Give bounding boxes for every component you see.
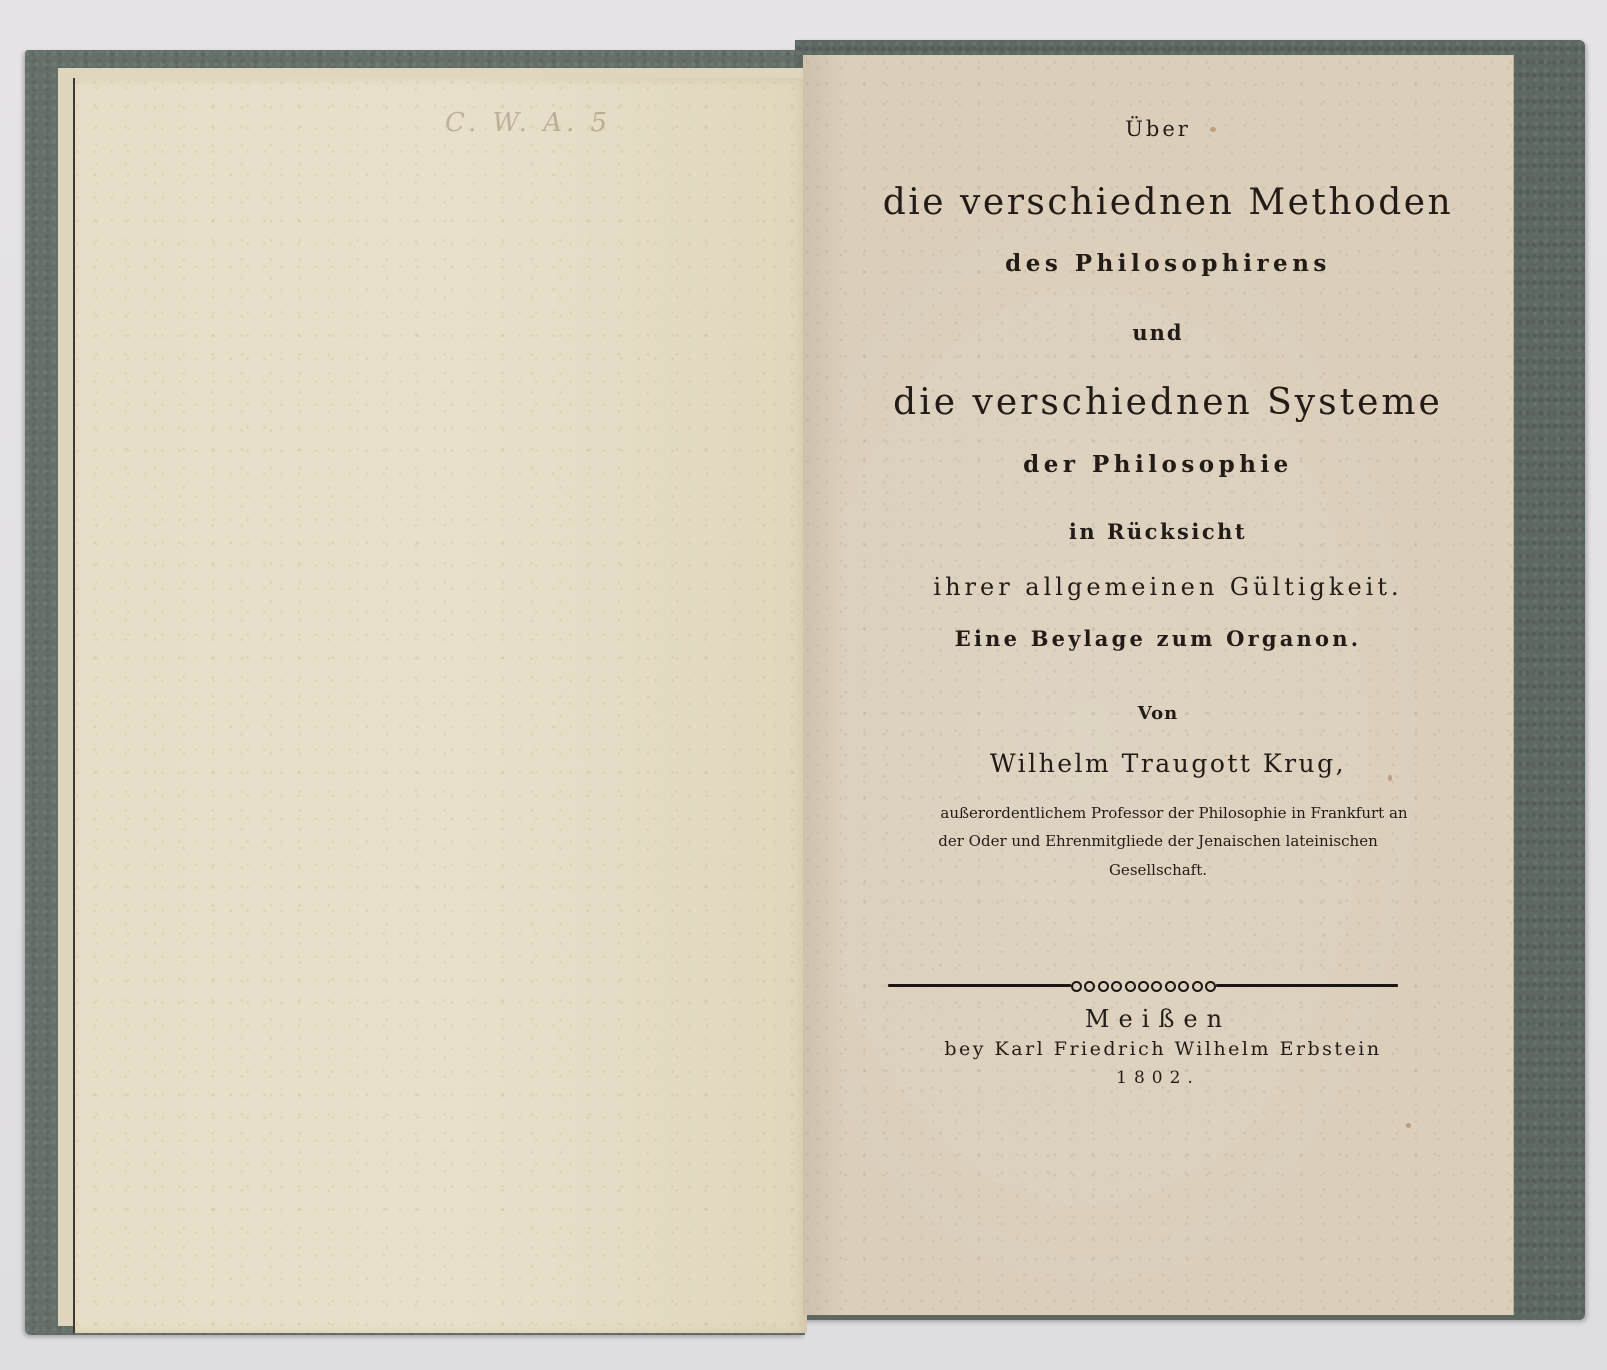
bead-ornament-icon: [1071, 979, 1216, 993]
title-page: Über die verschiednen Methoden des Philo…: [803, 55, 1513, 1315]
bead-icon: [1098, 981, 1109, 992]
bead-icon: [1192, 981, 1203, 992]
ornamental-rule: [888, 979, 1398, 993]
left-blank-page: C. W. A. 5: [73, 78, 807, 1333]
author-name: Wilhelm Traugott Krug,: [813, 749, 1523, 778]
faint-inscription: C. W. A. 5: [445, 108, 611, 138]
subtitle-philosophirens: des Philosophirens: [813, 250, 1523, 277]
byline-von: Von: [803, 703, 1513, 724]
bead-icon: [1178, 981, 1189, 992]
main-title-methoden: die verschiednen Methoden: [813, 182, 1523, 223]
bead-icon: [1205, 981, 1216, 992]
foxing-spot: [1406, 1123, 1411, 1128]
author-affiliation-line-1: außerordentlichem Professor der Philosop…: [819, 804, 1529, 822]
bead-icon: [1071, 981, 1082, 992]
foxing-spot: [1388, 775, 1392, 781]
main-title-systeme: die verschiednen Systeme: [813, 382, 1523, 423]
foxing-spot: [1210, 127, 1216, 132]
title-line-ruecksicht: in Rücksicht: [803, 519, 1513, 544]
bead-icon: [1084, 981, 1095, 992]
title-line-uber: Über: [803, 117, 1513, 141]
author-affiliation-line-3: Gesellschaft.: [803, 861, 1513, 879]
rule-bar-left: [888, 984, 1071, 987]
rule-bar-right: [1216, 984, 1398, 987]
imprint-place: Meißen: [803, 1005, 1513, 1033]
bead-icon: [1111, 981, 1122, 992]
author-affiliation-line-2: der Oder und Ehrenmitgliede der Jenaisch…: [803, 832, 1513, 850]
bead-icon: [1165, 981, 1176, 992]
bead-icon: [1125, 981, 1136, 992]
title-line-beylage: Eine Beylage zum Organon.: [803, 626, 1513, 651]
title-line-und: und: [803, 320, 1513, 345]
imprint-publisher: bey Karl Friedrich Wilhelm Erbstein: [808, 1038, 1518, 1060]
title-line-gueltigkeit: ihrer allgemeinen Gültigkeit.: [813, 573, 1523, 601]
subtitle-philosophie: der Philosophie: [803, 451, 1513, 478]
bead-icon: [1138, 981, 1149, 992]
imprint-year: 1802.: [803, 1068, 1513, 1088]
bead-icon: [1151, 981, 1162, 992]
